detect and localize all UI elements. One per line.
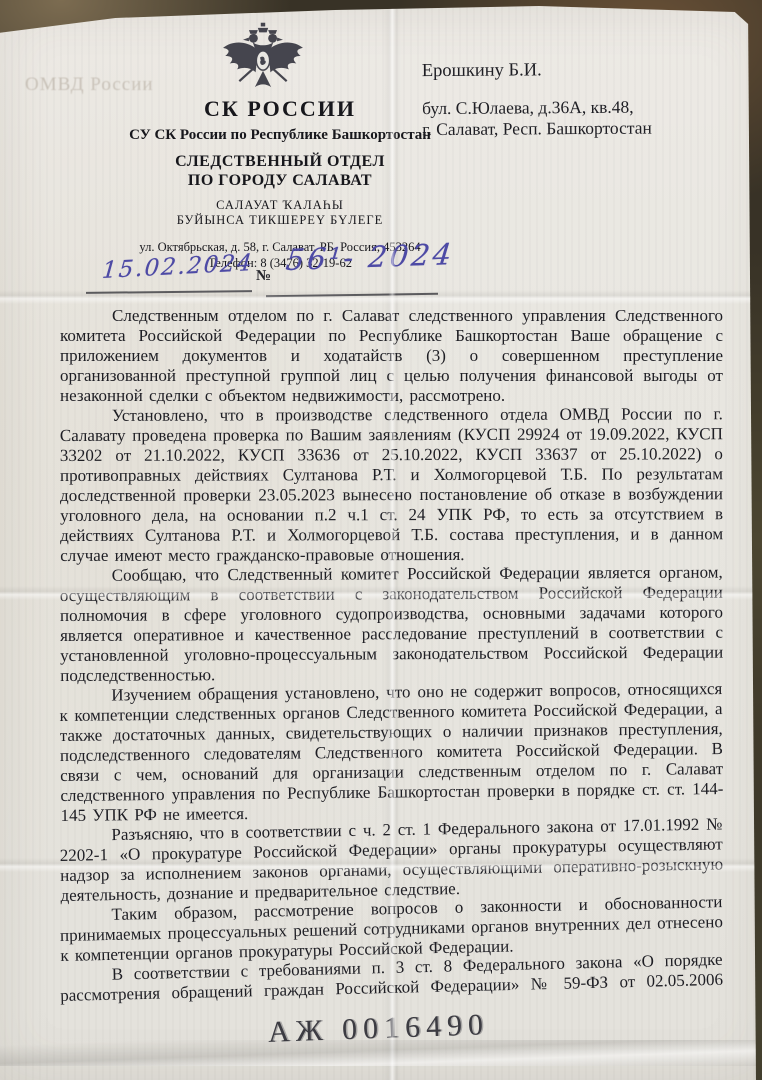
- letter-page: ОМВД России: [0, 0, 762, 1080]
- body-paragraph: Следственным отделом по г. Салават следс…: [60, 306, 723, 406]
- department-line1: СЛЕДСТВЕННЫЙ ОТДЕЛ: [45, 152, 515, 171]
- bleed-through-text: ОМВД России: [25, 74, 154, 96]
- recipient-address-line1: бул. С.Юлаева, д.36А, кв.48,: [422, 96, 752, 119]
- date-underline: [86, 290, 252, 294]
- recipient-name: Ерошкину Б.И.: [422, 59, 752, 82]
- letter-body: Следственным отделом по г. Салават следс…: [60, 306, 723, 1006]
- department-line2: ПО ГОРОДУ САЛАВАТ: [45, 171, 515, 190]
- body-paragraph: Сообщаю, что Следственный комитет Россий…: [60, 563, 724, 686]
- recipient-block: Ерошкину Б.И. бул. С.Юлаева, д.36А, кв.4…: [422, 59, 753, 140]
- body-paragraph: Установлено, что в производстве следстве…: [60, 404, 723, 566]
- handwritten-outgoing-number: 56¹- 2024: [284, 237, 456, 277]
- body-paragraph: Изучением обращения установлено, что оно…: [59, 679, 723, 826]
- bashkir-line2: БУЙЫНСА ТИКШЕРЕҮ БҮЛЕГЕ: [45, 213, 515, 228]
- number-underline: [266, 293, 438, 297]
- photo-of-document: { "letterhead": { "emblem_icon": "double…: [0, 0, 762, 1080]
- recipient-address: бул. С.Юлаева, д.36А, кв.48, г. Салават,…: [422, 96, 752, 140]
- body-paragraph: Разъясняю, что в соответствии с ч. 2 ст.…: [59, 814, 723, 906]
- form-number-stamp: АЖ 0016490: [267, 1008, 489, 1050]
- investigative-committee-eagle-emblem: [210, 22, 316, 96]
- department-name-bashkir: САЛАУАТ ҠАЛАҺЫ БУЙЫНСА ТИКШЕРЕҮ БҮЛЕГЕ: [45, 198, 515, 228]
- recipient-address-line2: г. Салават, Респ. Башкортостан: [422, 117, 752, 140]
- handwritten-date: 15.02.2024: [101, 250, 255, 284]
- bashkir-line1: САЛАУАТ ҠАЛАҺЫ: [45, 198, 515, 213]
- department-name: СЛЕДСТВЕННЫЙ ОТДЕЛ ПО ГОРОДУ САЛАВАТ: [45, 152, 515, 190]
- number-sign-label: №: [256, 268, 271, 285]
- reference-line: 15.02.2024 № 56¹- 2024: [0, 240, 550, 310]
